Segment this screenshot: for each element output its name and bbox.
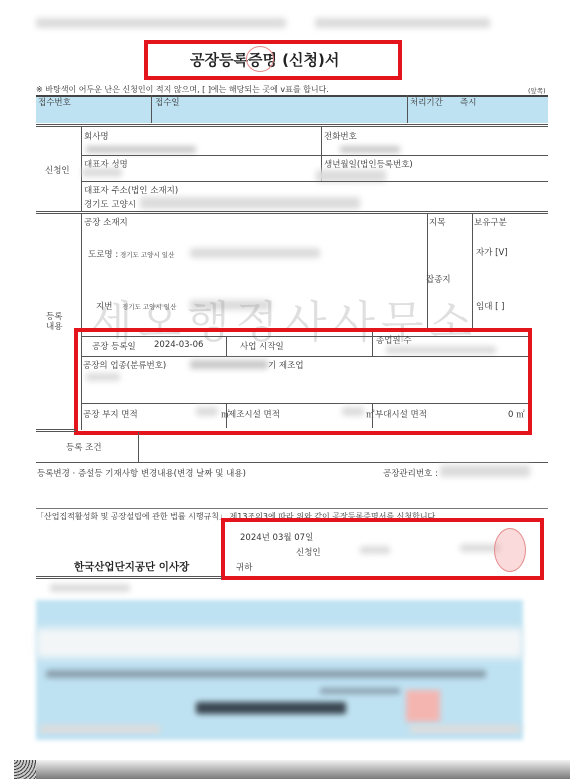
rule [81, 403, 528, 404]
ownership-own: 자가 [V] [476, 246, 508, 258]
land-type-label: 지목 [429, 216, 445, 228]
industry-label: 공장의 업종(분류번호) [83, 359, 166, 371]
blurred-footer-right [410, 725, 520, 733]
rule [372, 403, 373, 428]
address-value: 경기도 고양시 [84, 198, 136, 210]
rule [372, 332, 373, 356]
rule [226, 336, 227, 356]
conditions-label: 등록 조건 [66, 441, 102, 453]
scan-edge [36, 760, 570, 779]
page-side-label: (앞쪽) [528, 86, 546, 95]
land-type-value: 잡종지 [426, 273, 451, 285]
applicant-sign-label: 신청인 [296, 546, 321, 558]
rule [81, 181, 548, 182]
business-start-label: 사업 시작일 [240, 340, 284, 352]
rule [81, 356, 528, 357]
aux-area-label: 부대시설 면적 [375, 408, 427, 420]
rule [36, 462, 548, 463]
aux-area-value: 0 ㎡ [508, 408, 525, 420]
industry-extra-redacted [86, 373, 120, 381]
title-circle-mark [246, 46, 274, 72]
blurred-authority-name [196, 702, 346, 714]
ownership-lease: 임대 [ ] [476, 300, 504, 312]
road-label: 도로명 : [88, 248, 118, 260]
ownership-label: 보유구분 [474, 216, 507, 228]
factory-mgmt-no-label: 공장관리번호 : [383, 467, 438, 479]
seal-stamp [494, 528, 526, 572]
recipient-suffix: 귀하 [236, 561, 252, 573]
rule [36, 508, 548, 509]
rule [226, 403, 227, 428]
form-note: ※ 바탕색이 어두운 난은 신청인이 적지 않으며, [ ]에는 해당되는 곳에… [36, 84, 329, 95]
site-area-value-redacted [196, 407, 218, 416]
blurred-row [50, 584, 130, 592]
change-label: 등록변경 · 증설등 기재사항 변경내용(변경 날짜 및 내용) [37, 467, 246, 479]
road-value: 경기도 고양시 일산 [120, 250, 174, 259]
blurred-text-line [46, 670, 486, 678]
rule [81, 155, 548, 156]
mfg-area-label: 제조시설 면적 [228, 408, 280, 420]
phone-value-redacted [340, 146, 400, 153]
address-value-redacted [140, 197, 360, 209]
blurred-authority-seal [406, 690, 440, 722]
company-name-label: 회사명 [84, 130, 109, 142]
receipt-no-label: 접수번호 [38, 96, 71, 108]
blurred-white-band [36, 628, 523, 658]
road-value-redacted [190, 248, 320, 258]
phone-label: 전화번호 [324, 130, 357, 142]
registered-date-value: 2024-03-06 [154, 340, 203, 350]
industry-code-redacted [190, 360, 268, 369]
mfg-area-value-redacted [342, 407, 364, 416]
applicant-section-label: 신청인 [45, 164, 70, 176]
blurred-text-line [320, 688, 400, 694]
rule [36, 576, 222, 579]
blurred-footer-left [40, 725, 160, 733]
receipt-date-label: 접수일 [155, 96, 180, 108]
applicant-name-redacted [360, 546, 390, 554]
processing-value: 즉시 [460, 96, 476, 108]
registration-section-label-2: 내용 [46, 320, 62, 332]
scan-corner-mark [14, 760, 36, 779]
rule [138, 432, 139, 462]
birth-label: 생년월일(법인등록번호) [324, 158, 413, 170]
site-area-label: 공장 부지 면적 [83, 408, 138, 420]
rule [36, 124, 548, 127]
registration-details-highlight-box [74, 328, 532, 435]
employees-value-redacted [386, 346, 496, 354]
rule [407, 95, 408, 123]
address-label: 대표자 주소(법인 소재지) [84, 184, 178, 196]
representative-value-redacted [82, 168, 122, 177]
industry-value: 기 제조업 [268, 359, 304, 371]
rule [151, 95, 152, 123]
employees-label: 종업원 수 [376, 334, 412, 346]
registered-date-label: 공장 등록일 [92, 340, 136, 352]
mfg-area-unit: ㎡ [366, 408, 375, 420]
blurred-header-left [36, 18, 286, 28]
application-date: 2024년 03월 07일 [240, 531, 313, 543]
factory-mgmt-no-redacted [440, 465, 530, 477]
rule [81, 336, 528, 337]
recipient: 한국산업단지공단 이사장 [74, 559, 189, 574]
company-name-value-redacted [86, 146, 196, 153]
processing-label: 처리기간 [410, 96, 443, 108]
blurred-header-right [315, 18, 490, 28]
rule [36, 429, 76, 432]
location-label: 공장 소재지 [84, 216, 128, 228]
